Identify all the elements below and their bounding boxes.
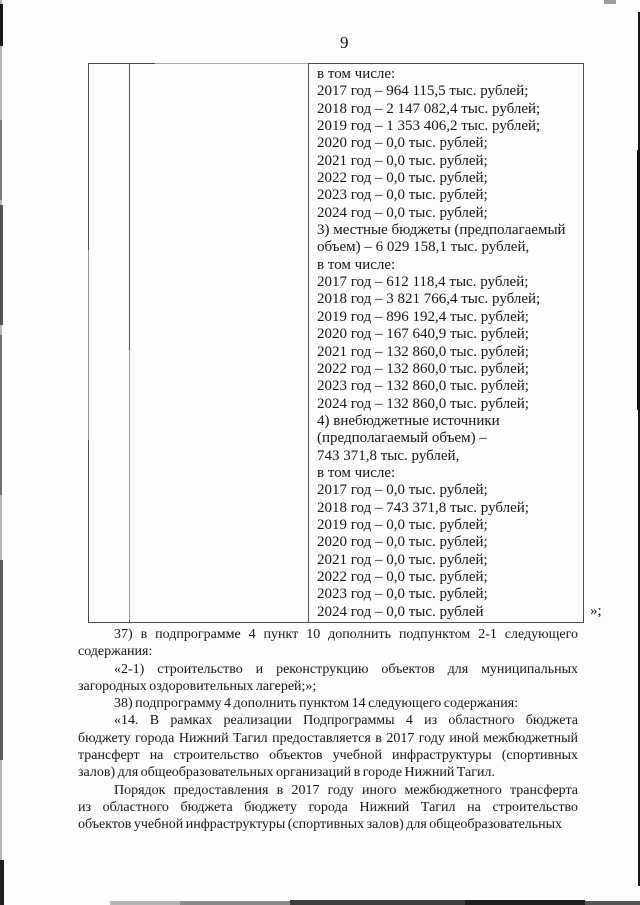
- table-cell-line: 2023 год – 132 860,0 тыс. рублей;: [317, 378, 581, 395]
- table-cell-line: 2021 год – 0,0 тыс. рублей;: [317, 153, 581, 170]
- table-cell-line: 4) внебюджетные источники: [317, 413, 581, 430]
- scan-artifact-bottom-edge: [290, 900, 465, 905]
- scan-artifact: [0, 860, 4, 905]
- scan-artifact: [0, 120, 2, 200]
- table-cell-line: 2019 год – 1 353 406,2 тыс. рублей;: [317, 118, 581, 135]
- table-cell-line: в том числе:: [317, 66, 581, 83]
- table-cell-line: 2022 год – 0,0 тыс. рублей;: [317, 569, 581, 586]
- table-cell-line: 2023 год – 0,0 тыс. рублей;: [317, 586, 581, 603]
- table-cell-line: в том числе:: [317, 257, 581, 274]
- table-column-financing-values: в том числе:2017 год – 964 115,5 тыс. ру…: [309, 64, 583, 622]
- scan-artifact: [0, 335, 2, 495]
- scan-artifact-bottom-edge: [180, 901, 290, 905]
- table-cell-line: 2018 год – 2 147 082,4 тыс. рублей;: [317, 101, 581, 118]
- scan-artifact: [604, 0, 616, 4]
- table-cell-line: 2018 год – 3 821 766,4 тыс. рублей;: [317, 291, 581, 308]
- table-cell-line: 2021 год – 132 860,0 тыс. рублей;: [317, 344, 581, 361]
- body-line: из областного бюджета бюджету города Ниж…: [78, 799, 578, 816]
- body-line: трансферт на строительство объектов учеб…: [78, 747, 578, 764]
- body-line: объектов учебной инфраструктуры (спортив…: [78, 816, 578, 833]
- table-column-label: [130, 64, 309, 622]
- closing-quote-mark: »;: [590, 603, 602, 620]
- document-page: 9 в том числе:2017 год – 964 115,5 тыс. …: [0, 0, 640, 905]
- table-cell-line: 743 371,8 тыс. рублей,: [317, 448, 581, 465]
- table-cell-line: объем) – 6 029 158,1 тыс. рублей,: [317, 239, 581, 256]
- table-cell-line: 2022 год – 132 860,0 тыс. рублей;: [317, 361, 581, 378]
- table-cell-line: 2024 год – 0,0 тыс. рублей;: [317, 205, 581, 222]
- table-cell-line: 2020 год – 0,0 тыс. рублей;: [317, 135, 581, 152]
- table-column-number: [89, 64, 130, 622]
- body-line: 37) в подпрограмме 4 пункт 10 дополнить …: [78, 626, 578, 643]
- body-line: «14. В рамках реализации Подпрограммы 4 …: [78, 712, 578, 729]
- body-line: залов) для общеобразовательных организац…: [78, 764, 578, 781]
- table-cell-line: 2022 год – 0,0 тыс. рублей;: [317, 170, 581, 187]
- body-line: Порядок предоставления в 2017 году иного…: [78, 782, 578, 799]
- scan-artifact: [0, 205, 3, 325]
- body-line: «2-1) строительство и реконструкцию объе…: [78, 661, 578, 678]
- financing-table: в том числе:2017 год – 964 115,5 тыс. ру…: [88, 63, 584, 623]
- table-cell-line: (предполагаемый объем) –: [317, 430, 581, 447]
- table-cell-line: 2021 год – 0,0 тыс. рублей;: [317, 552, 581, 569]
- body-line: бюджету города Нижний Тагил предоставляе…: [78, 730, 578, 747]
- table-cell-line: 2018 год – 743 371,8 тыс. рублей;: [317, 500, 581, 517]
- body-line: загородных оздоровительных лагерей;»;: [78, 678, 578, 695]
- table-cell-line: 2017 год – 612 118,4 тыс. рублей;: [317, 274, 581, 291]
- table-cell-line: 2017 год – 0,0 тыс. рублей;: [317, 482, 581, 499]
- scan-artifact-left-edge: [0, 0, 2, 905]
- scan-artifact: [0, 560, 3, 760]
- scan-artifact-bottom-edge: [110, 901, 180, 905]
- body-line: содержания:: [78, 643, 578, 660]
- table-cell-line: 2020 год – 167 640,9 тыс. рублей;: [317, 326, 581, 343]
- table-cell-line: 2019 год – 896 192,4 тыс. рублей;: [317, 309, 581, 326]
- table-cell-line: 2024 год – 132 860,0 тыс. рублей;: [317, 396, 581, 413]
- scan-artifact-bottom-edge: [465, 900, 585, 905]
- page-number: 9: [340, 33, 349, 52]
- scan-artifact: [0, 4, 3, 46]
- table-cell-line: 2017 год – 964 115,5 тыс. рублей;: [317, 83, 581, 100]
- table-cell-line: 2019 год – 0,0 тыс. рублей;: [317, 517, 581, 534]
- body-line: 38) подпрограмму 4 дополнить пунктом 14 …: [78, 695, 578, 712]
- table-cell-line: 2024 год – 0,0 тыс. рублей: [317, 604, 581, 621]
- table-cell-line: 3) местные бюджеты (предполагаемый: [317, 222, 581, 239]
- body-text-block: 37) в подпрограмме 4 пункт 10 дополнить …: [78, 626, 578, 834]
- scan-artifact-bottom-edge: [585, 901, 640, 905]
- table-cell-line: 2020 год – 0,0 тыс. рублей;: [317, 534, 581, 551]
- table-cell-line: 2023 год – 0,0 тыс. рублей;: [317, 187, 581, 204]
- table-cell-line: в том числе:: [317, 465, 581, 482]
